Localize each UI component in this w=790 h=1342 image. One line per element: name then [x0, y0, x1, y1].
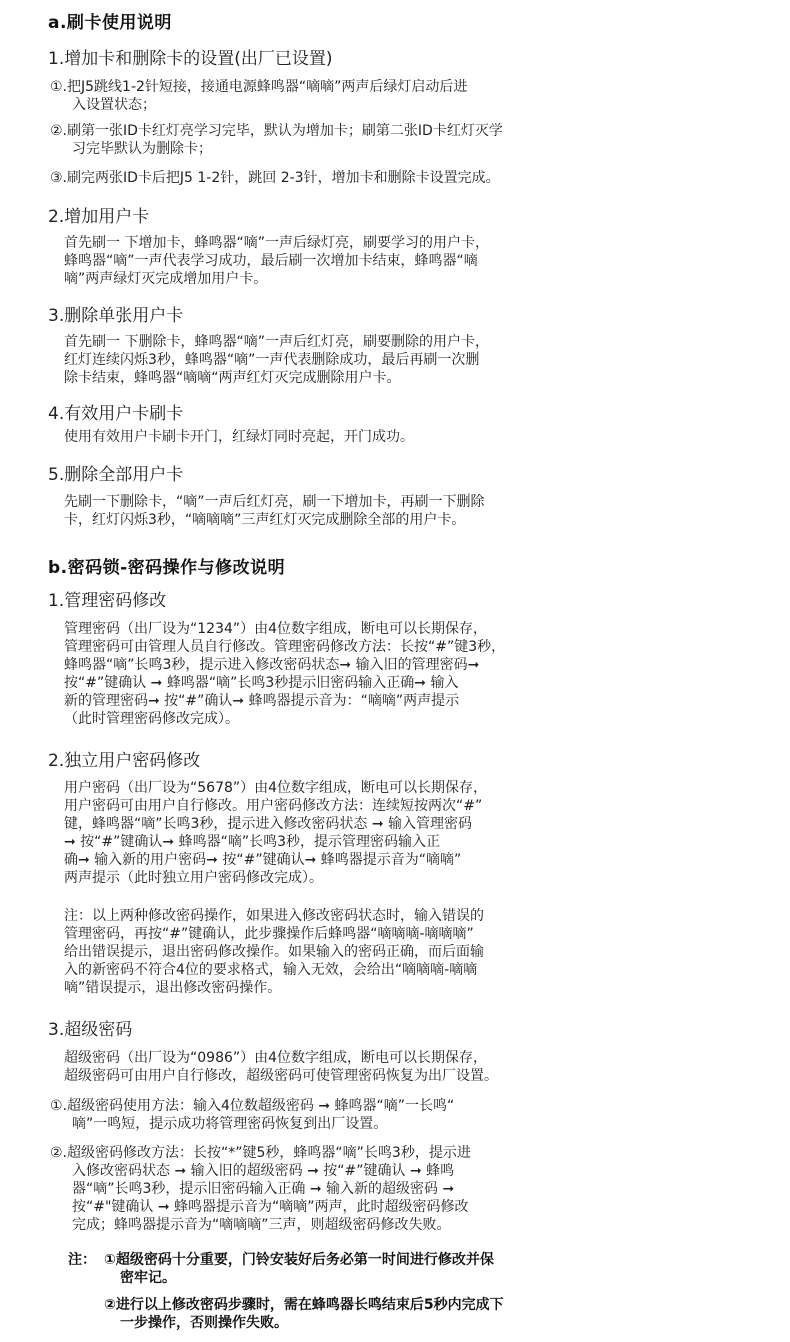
- a2-heading: 2.增加用户卡: [48, 202, 149, 227]
- b3-paragraph: 超级密码（出厂设为“0986”）由4位数字组成，断电可以长期保存， 超级密码可由…: [64, 1049, 498, 1085]
- a4-paragraph: 使用有效用户卡刷卡开门，红绿灯同时亮起，开门成功。: [64, 428, 414, 446]
- a1-step-3: ③.刷完两张ID卡后把J5 1-2针，跳回 2-3针，增加卡和删除卡设置完成。: [50, 169, 500, 187]
- a1-step-1: ①.把J5跳线1-2针短接，接通电源蜂鸣器“嘀嘀”两声后绿灯启动后进 入设置状态…: [50, 78, 467, 114]
- a4-heading: 4.有效用户卡刷卡: [48, 399, 183, 424]
- b2-note: 注：以上两种修改密码操作，如果进入修改密码状态时，输入错误的 管理密码，再按“#…: [64, 907, 484, 997]
- warning-2: ②进行以上修改密码步骤时，需在蜂鸣器长鸣结束后5秒内完成下 一步操作，否则操作失…: [104, 1296, 504, 1332]
- b1-heading: 1.管理密码修改: [48, 586, 166, 611]
- section-a-title: a.刷卡使用说明: [48, 8, 172, 33]
- a1-heading: 1.增加卡和删除卡的设置(出厂已设置): [48, 44, 332, 69]
- b2-paragraph: 用户密码（出厂设为“5678”）由4位数字组成，断电可以长期保存， 用户密码可由…: [64, 779, 487, 887]
- a5-heading: 5.删除全部用户卡: [48, 460, 183, 485]
- section-b-title: b.密码锁-密码操作与修改说明: [48, 553, 285, 578]
- b3-step-1: ①.超级密码使用方法：输入4位数超级密码 ➞ 蜂鸣器“嘀”一长鸣“ 嘀”一鸣短，…: [50, 1097, 454, 1133]
- a5-paragraph: 先刷一下删除卡，“嘀”一声后红灯亮，刷一下增加卡，再刷一下删除 卡，红灯闪烁3秒…: [64, 493, 485, 529]
- b1-paragraph: 管理密码（出厂设为“1234”）由4位数字组成，断电可以长期保存， 管理密码可由…: [64, 620, 505, 728]
- b3-step-2: ②.超级密码修改方法：长按“*”键5秒，蜂鸣器“嘀”长鸣3秒，提示进 入修改密码…: [50, 1144, 471, 1234]
- a3-paragraph: 首先刷一 下删除卡，蜂鸣器“嘀”一声后红灯亮，刷要删除的用户卡， 红灯连续闪烁3…: [64, 333, 489, 387]
- b3-heading: 3.超级密码: [48, 1015, 132, 1040]
- b2-heading: 2.独立用户密码修改: [48, 746, 200, 771]
- warning-1: ①超级密码十分重要，门铃安装好后务必第一时间进行修改并保 密牢记。: [104, 1251, 494, 1287]
- a2-paragraph: 首先刷一 下增加卡，蜂鸣器“嘀”一声后绿灯亮，刷要学习的用户卡， 蜂鸣器“嘀”一…: [64, 234, 489, 288]
- warning-label: 注：: [68, 1251, 96, 1269]
- a1-step-2: ②.刷第一张ID卡红灯亮学习完毕，默认为增加卡；刷第二张ID卡红灯灭学 习完毕默…: [50, 122, 503, 158]
- a3-heading: 3.删除单张用户卡: [48, 301, 183, 326]
